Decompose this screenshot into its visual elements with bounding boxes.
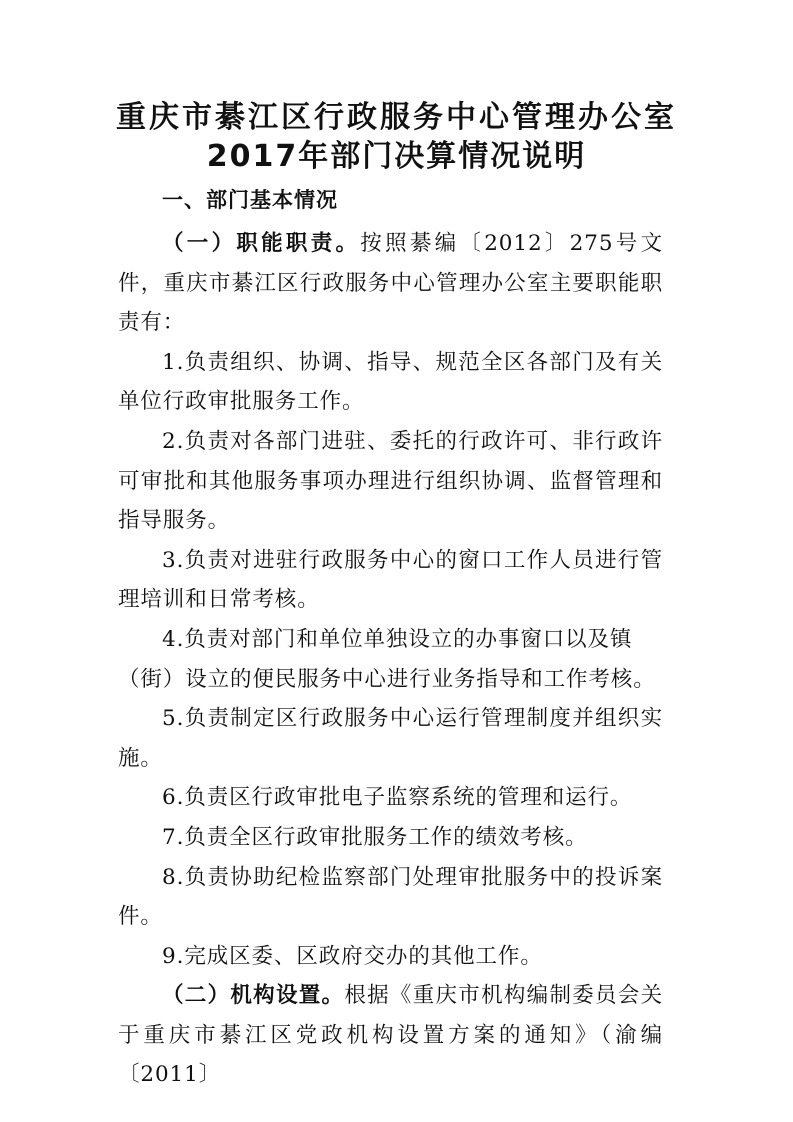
document-body: （一）职能职责。按照綦编〔2012〕275号文件，重庆市綦江区行政服务中心管理办… [118, 224, 663, 1095]
paragraph-org-structure: （二）机构设置。根据《重庆市机构编制委员会关于重庆市綦江区党政机构设置方案的通知… [118, 976, 663, 1095]
subsection-lead-org-structure: （二）机构设置。 [162, 983, 344, 1008]
function-item-2: 2.负责对各部门进驻、委托的行政许可、非行政许可审批和其他服务事项办理进行组织协… [118, 422, 663, 541]
function-item-6: 6.负责区行政审批电子监察系统的管理和运行。 [118, 778, 663, 818]
document-page: 重庆市綦江区行政服务中心管理办公室 2017年部门决算情况说明 一、部门基本情况… [0, 0, 793, 1122]
function-item-8: 8.负责协助纪检监察部门处理审批服务中的投诉案件。 [118, 858, 663, 937]
function-item-4-line2: （街）设立的便民服务中心进行业务指导和工作考核。 [118, 660, 663, 700]
document-title-line2: 2017年部门决算情况说明 [0, 137, 793, 177]
function-item-5: 5.负责制定区行政服务中心运行管理制度并组织实施。 [118, 699, 663, 778]
paragraph-functions-intro: （一）职能职责。按照綦编〔2012〕275号文件，重庆市綦江区行政服务中心管理办… [118, 224, 663, 343]
function-item-1: 1.负责组织、协调、指导、规范全区各部门及有关单位行政审批服务工作。 [118, 343, 663, 422]
function-item-7: 7.负责全区行政审批服务工作的绩效考核。 [118, 818, 663, 858]
function-item-3: 3.负责对进驻行政服务中心的窗口工作人员进行管理培训和日常考核。 [118, 541, 663, 620]
subsection-lead-functions: （一）职能职责。 [162, 231, 360, 256]
document-title-line1: 重庆市綦江区行政服务中心管理办公室 [0, 98, 793, 138]
section-heading-basic-info: 一、部门基本情况 [162, 185, 338, 215]
function-item-9: 9.完成区委、区政府交办的其他工作。 [118, 937, 663, 977]
function-item-4-line1: 4.负责对部门和单位单独设立的办事窗口以及镇 [118, 620, 663, 660]
